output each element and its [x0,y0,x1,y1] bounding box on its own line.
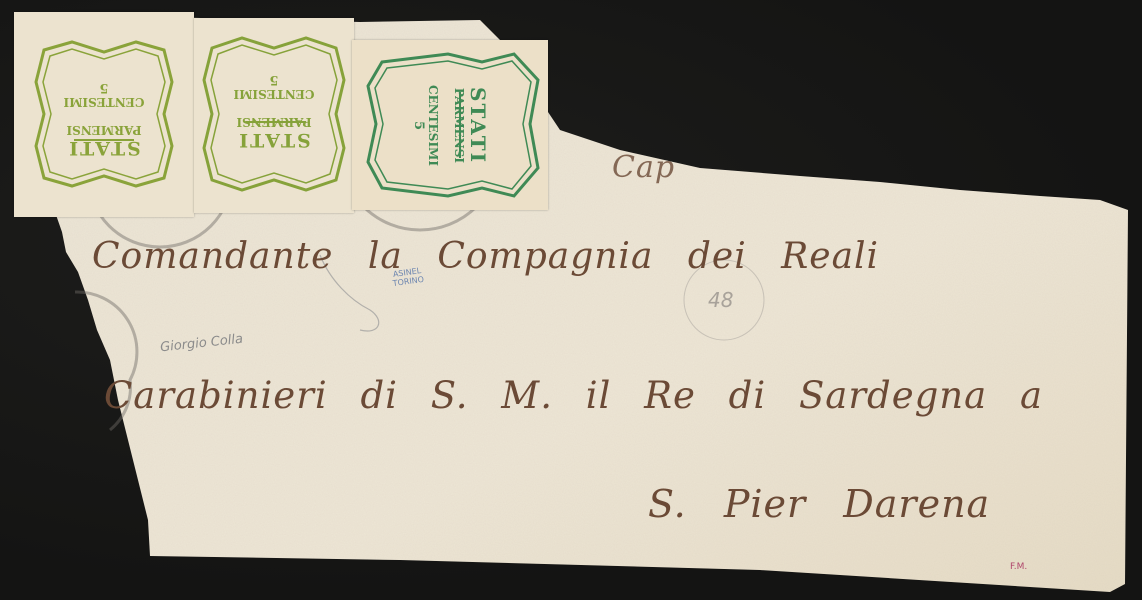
address-cap: Cap [612,150,675,185]
expert-mark: F.M. [1010,562,1027,572]
address-line-3: S. Pier Darena [648,482,990,526]
stamp-3-value: 5 [410,85,425,166]
stamp-1-parmensi: PARMENSI [64,123,145,137]
stamp-3-centesimi: CENTESIMI [425,85,439,166]
address-line-1: Comandante la Compagnia dei Reali [92,236,879,277]
stamp-2-stati: STATI [234,129,315,151]
stamp-2-value: 5 [234,72,315,87]
pencil-number: 48 [708,288,733,312]
stamp-1: STATI PARMENSI CENTESIMI 5 [14,12,194,217]
address-line-2: Carabinieri di S. M. il Re di Sardegna a [104,374,1043,417]
stamp-3-stati: STATI [465,85,489,166]
stamp-2-parmensi: PARMENSI [234,115,315,129]
stamp-2: STATI PARMENSI CENTESIMI 5 [194,18,354,213]
stamp-1-value: 5 [64,80,145,95]
stamp-2-centesimi: CENTESIMI [234,87,315,101]
stamp-1-stati: STATI [64,137,145,159]
stamp-3-parmensi: PARMENSI [451,85,465,166]
stamp-3: STATI PARMENSI CENTESIMI 5 [352,40,548,210]
stamp-1-centesimi: CENTESIMI [64,95,145,109]
